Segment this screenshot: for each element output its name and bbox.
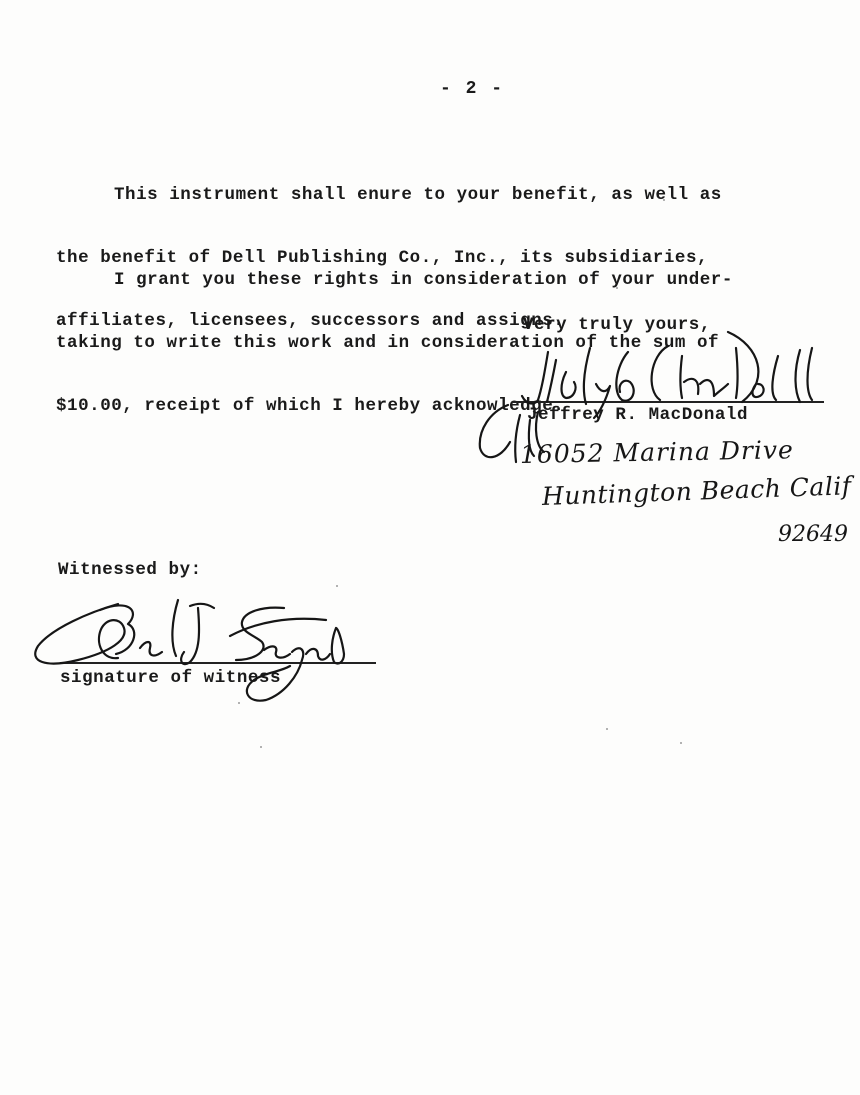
witness-signature-line	[60, 662, 376, 664]
handwritten-address-line-2: Huntington Beach Calif	[541, 471, 852, 511]
paragraph-line: I grant you these rights in consideratio…	[56, 270, 733, 291]
closing-salutation: Very truly yours,	[523, 315, 711, 336]
scan-speck	[616, 287, 618, 289]
handwritten-address-line-3: 92649	[778, 522, 848, 547]
scan-speck	[663, 199, 665, 201]
scan-speck	[606, 728, 608, 730]
signer-typed-name: Jeffrey R. MacDonald	[527, 405, 748, 426]
scan-speck	[260, 746, 262, 748]
document-page: - 2 - This instrument shall enure to you…	[0, 0, 860, 1095]
paragraph-line: taking to write this work and in conside…	[56, 333, 733, 354]
scan-speck	[238, 702, 240, 704]
paragraph-line: This instrument shall enure to your bene…	[56, 185, 722, 206]
witness-signature-caption: signature of witness	[60, 668, 281, 689]
scan-speck	[680, 742, 682, 744]
handwritten-address-line-1: 16052 Marina Drive	[520, 435, 794, 469]
page-number: - 2 -	[440, 79, 504, 100]
signature-line	[512, 401, 824, 403]
scan-speck	[336, 585, 338, 587]
witnessed-by-label: Witnessed by:	[58, 560, 202, 581]
